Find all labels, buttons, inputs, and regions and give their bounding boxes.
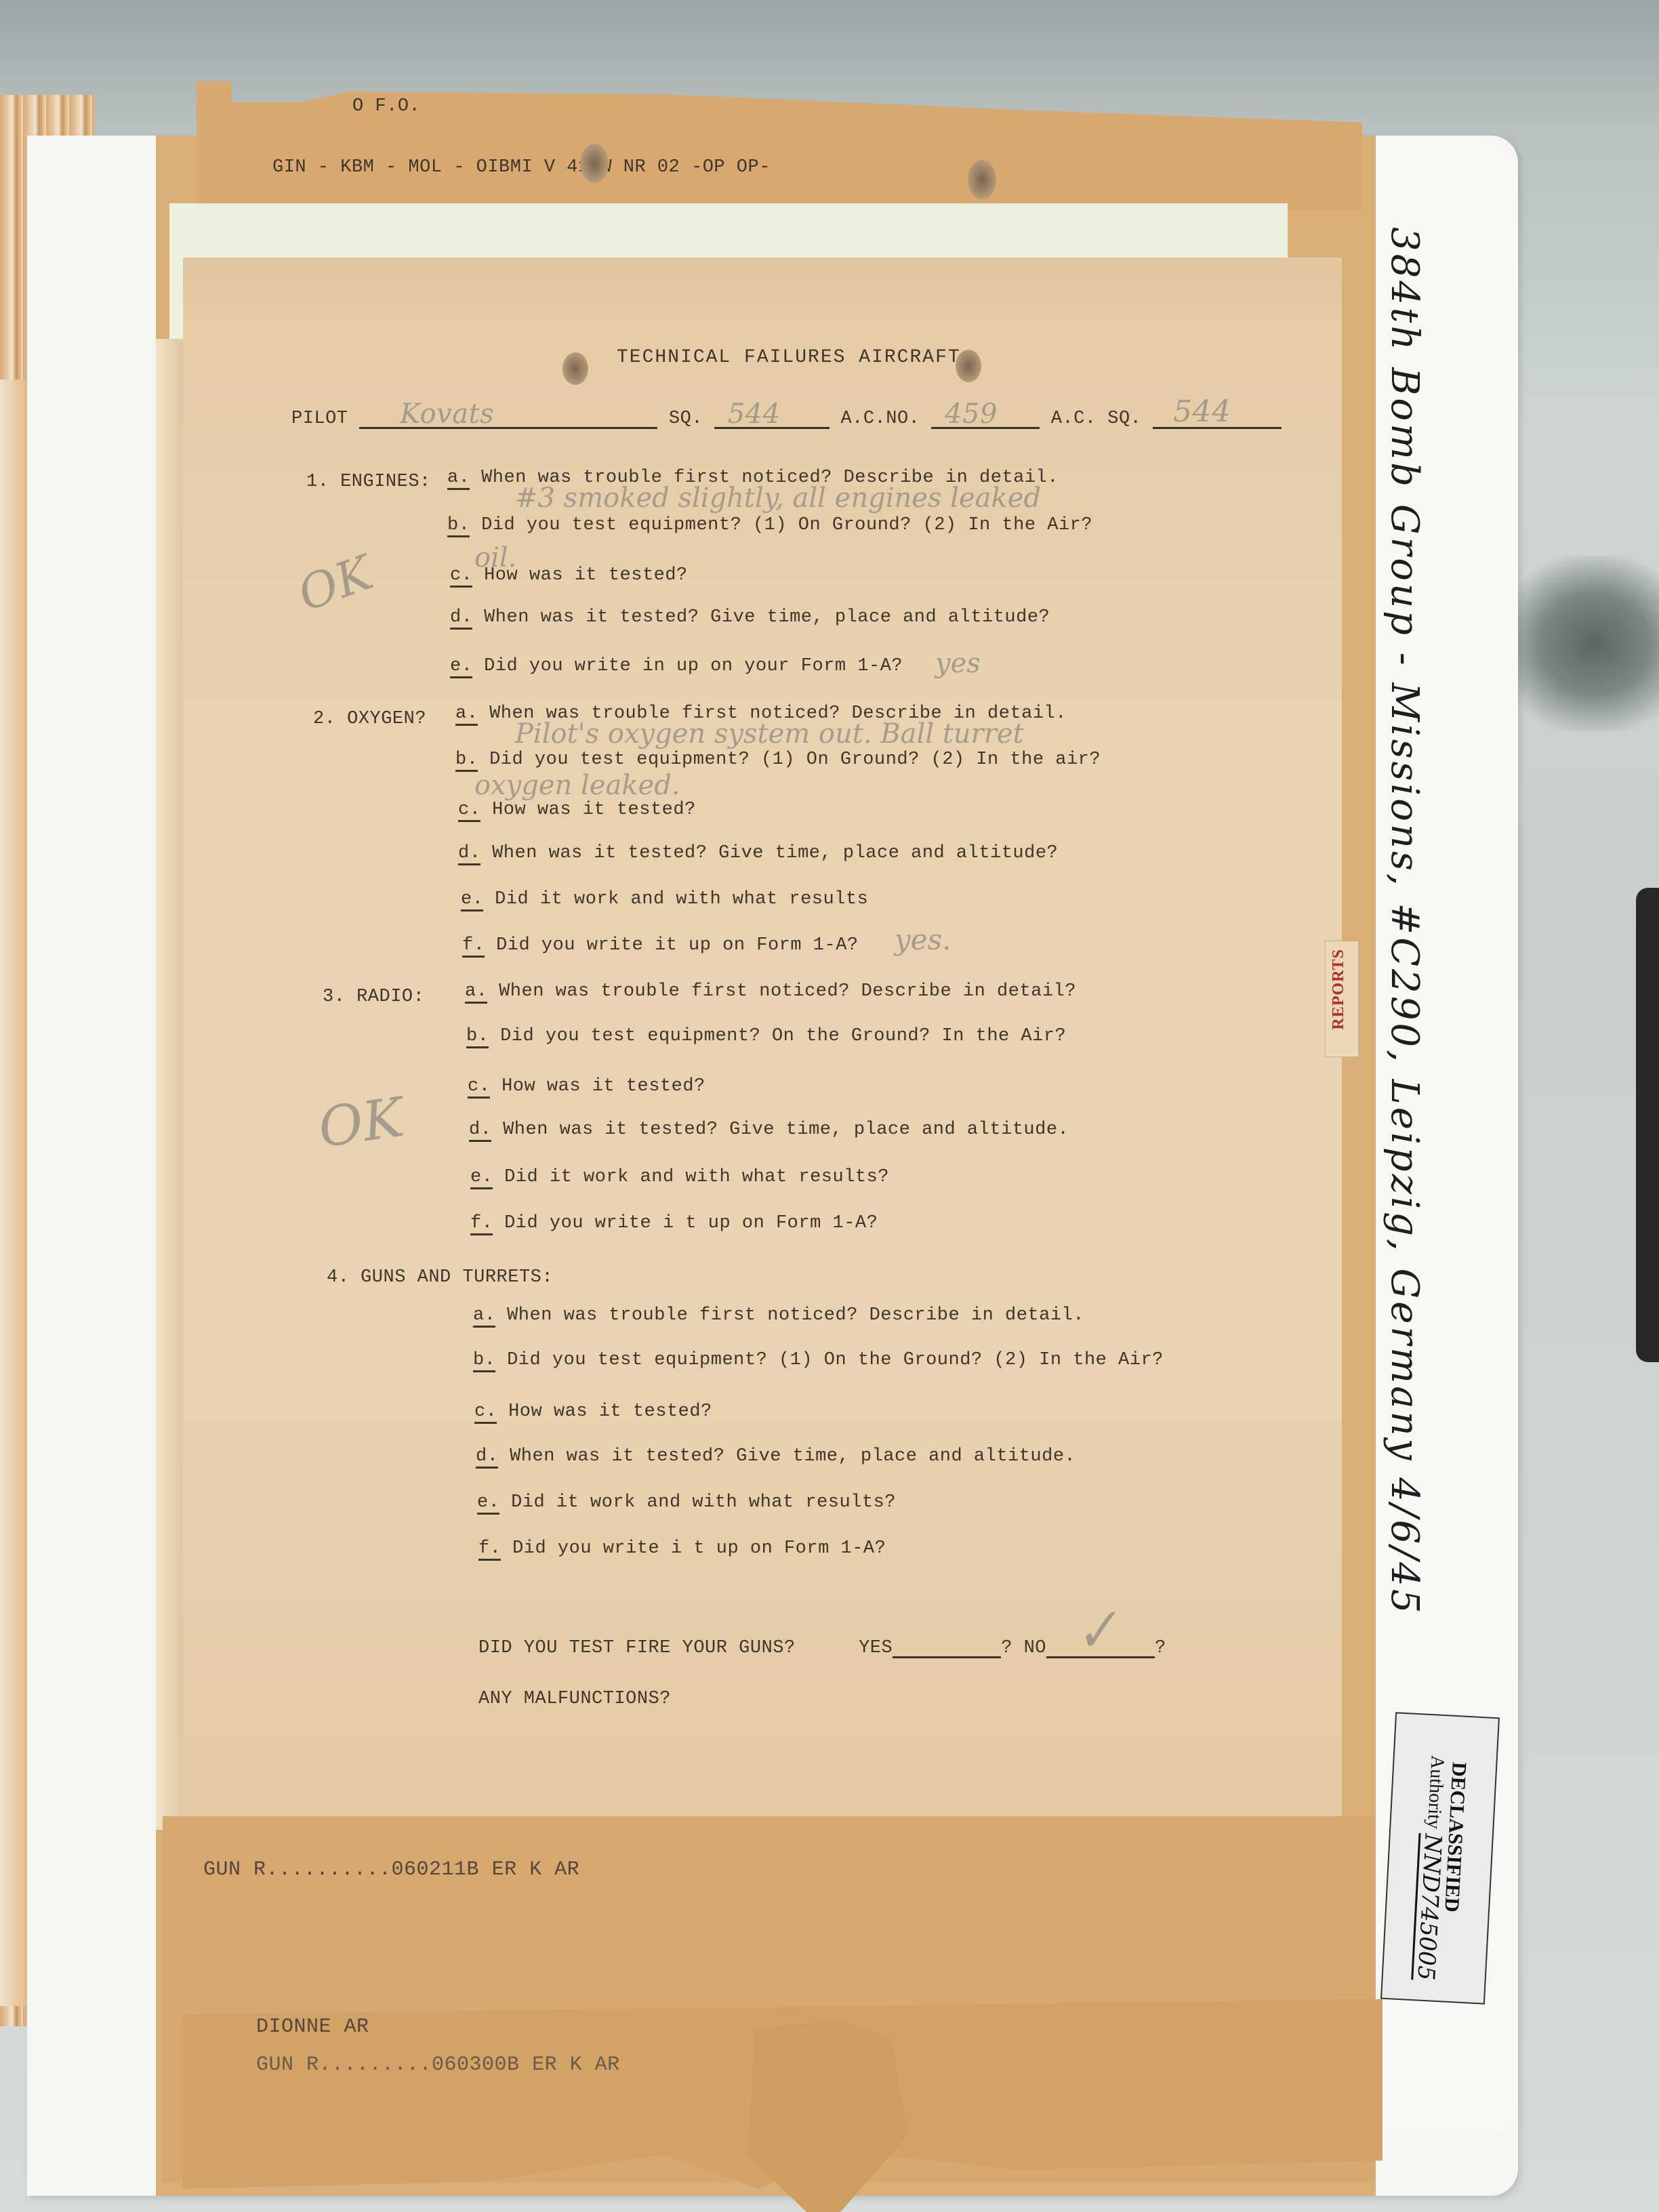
guns-item-b: b. Did you test equipment? (1) On the Gr… — [473, 1350, 1164, 1370]
engines-item-e: e. Did you write in up on your Form 1-A? — [450, 656, 903, 676]
section-radio-label: 3. RADIO: — [323, 987, 424, 1007]
test-fire-row: DID YOU TEST FIRE YOUR GUNS? YES? NO✓? — [478, 1633, 1166, 1658]
test-fire-no-field[interactable]: ✓ — [1046, 1633, 1155, 1658]
oxygen-item-d: d. When was it tested? Give time, place … — [458, 843, 1058, 863]
punch-hole-icon — [580, 144, 609, 183]
test-fire-yes-label: YES — [859, 1638, 893, 1658]
envelope-header-fragment: O F.O. — [352, 96, 420, 117]
test-fire-no-label: NO — [1024, 1638, 1046, 1658]
header-fields-row: PILOT Kovats SQ. 544 A.C.NO. 459 A.C. SQ… — [291, 404, 1282, 429]
form-title: TECHNICAL FAILURES AIRCRAFT — [617, 347, 961, 368]
ac-sq-label: A.C. SQ. — [1051, 409, 1142, 429]
radio-margin-ok: OK — [314, 1086, 407, 1160]
envelope-line-1: GUN R..........060211B ER K AR — [203, 1858, 579, 1881]
test-fire-yes-field[interactable] — [893, 1633, 1001, 1658]
pilot-value: Kovats — [400, 398, 494, 430]
reports-tab-label: REPORTS — [1330, 949, 1348, 1030]
engines-answer-a: #3 smoked slightly, all engines leaked — [515, 483, 1041, 514]
test-fire-question: DID YOU TEST FIRE YOUR GUNS? — [478, 1638, 796, 1658]
guns-item-f: f. Did you write i t up on Form 1-A? — [478, 1538, 886, 1559]
engines-item-c: c. How was it tested? — [450, 565, 688, 586]
pilot-label: PILOT — [291, 409, 348, 429]
punch-hole-icon — [968, 160, 996, 199]
section-engines-label: 1. ENGINES: — [306, 472, 431, 492]
radio-item-f: f. Did you write i t up on Form 1-A? — [470, 1213, 878, 1233]
radio-item-b: b. Did you test equipment? On the Ground… — [466, 1026, 1066, 1046]
guns-item-e: e. Did it work and with what results? — [477, 1492, 896, 1513]
oxygen-item-f: f. Did you write it up on Form 1-A? — [462, 935, 859, 956]
marble-surface-shadow — [1498, 556, 1659, 732]
sq-field[interactable]: 544 — [714, 404, 829, 429]
sq-value: 544 — [728, 398, 781, 430]
ac-no-field[interactable]: 459 — [931, 404, 1040, 429]
section-guns-label: 4. GUNS AND TURRETS: — [327, 1267, 553, 1288]
engines-answer-e: yes — [935, 648, 981, 679]
pilot-field[interactable]: Kovats — [359, 404, 657, 429]
oxygen-answer-a-cont: oxygen leaked. — [474, 770, 680, 801]
oxygen-answer-f: yes. — [895, 923, 951, 956]
engines-item-b: b. Did you test equipment? (1) On Ground… — [447, 515, 1092, 535]
radio-item-c: c. How was it tested? — [468, 1076, 705, 1097]
envelope-line-3: GUN R.........060300B ER K AR — [256, 2053, 620, 2076]
black-device — [1636, 888, 1659, 1362]
section-oxygen-label: 2. OXYGEN? — [313, 709, 426, 729]
ac-sq-value: 544 — [1173, 394, 1231, 429]
ac-sq-field[interactable]: 544 — [1153, 404, 1282, 429]
radio-item-d: d. When was it tested? Give time, place … — [469, 1120, 1069, 1140]
punch-hole-icon — [562, 352, 588, 385]
radio-item-e: e. Did it work and with what results? — [470, 1167, 889, 1187]
oxygen-item-e: e. Did it work and with what results — [461, 889, 868, 909]
oxygen-answer-a: Pilot's oxygen system out. Ball turret — [515, 718, 1024, 750]
ac-no-label: A.C.NO. — [840, 409, 920, 429]
sq-label: SQ. — [669, 409, 703, 429]
folder-handwritten-label: 384th Bomb Group - Missions, #C290, Leip… — [1382, 227, 1427, 1616]
guns-item-a: a. When was trouble first noticed? Descr… — [473, 1305, 1084, 1326]
oxygen-item-c: c. How was it tested? — [458, 800, 696, 820]
guns-item-c: c. How was it tested? — [474, 1401, 712, 1422]
engines-item-d: d. When was it tested? Give time, place … — [450, 607, 1050, 628]
ac-no-value: 459 — [945, 398, 998, 430]
guns-item-d: d. When was it tested? Give time, place … — [476, 1446, 1076, 1467]
malfunctions-question: ANY MALFUNCTIONS? — [478, 1689, 671, 1709]
oxygen-item-b: b. Did you test equipment? (1) On Ground… — [455, 750, 1101, 770]
envelope-routing-line: GIN - KBM - MOL - OIBMI V 41CW NR 02 -OP… — [272, 157, 771, 178]
envelope-line-2: DIONNE AR — [256, 2015, 369, 2039]
radio-item-a: a. When was trouble first noticed? Descr… — [465, 981, 1076, 1002]
